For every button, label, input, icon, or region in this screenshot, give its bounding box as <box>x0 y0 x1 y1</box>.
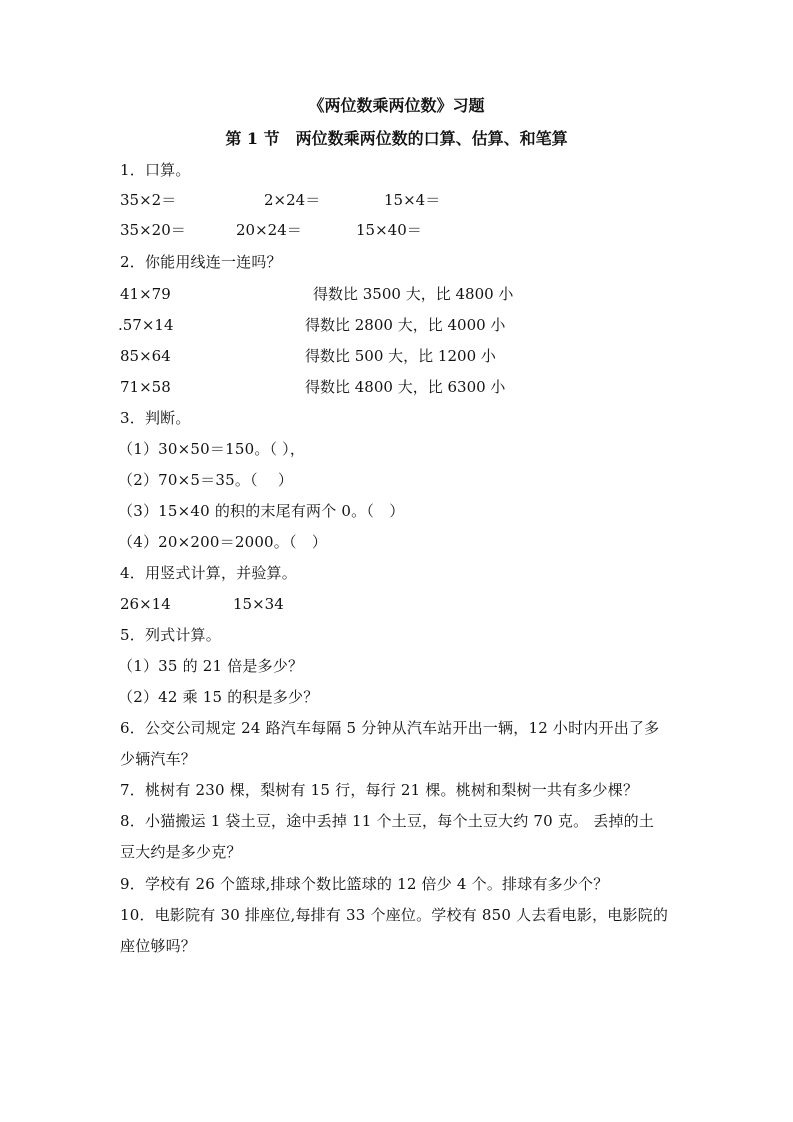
q3-item: （4）20×200＝2000。（ ） <box>118 532 327 552</box>
q2-left-item: 85×64 <box>120 346 171 366</box>
q5-item: （1）35 的 21 倍是多少？ <box>118 656 303 676</box>
question-7: 7．桃树有 230 棵，梨树有 15 行，每行 21 棵。桃树和梨树一共有多少棵… <box>120 780 638 800</box>
question-2-heading: 2．你能用线连一连吗？ <box>120 252 282 272</box>
q3-item: （3）15×40 的积的末尾有两个 0。（ ） <box>118 501 404 521</box>
q2-right-item: 得数比 500 大，比 1200 小 <box>305 346 496 366</box>
question-8-line2: 豆大约是多少克？ <box>120 842 242 862</box>
q2-right-item: 得数比 2800 大，比 4000 小 <box>305 315 505 335</box>
q2-left-item: .57×14 <box>118 315 174 335</box>
q1-expr: 15×40＝ <box>356 220 422 240</box>
q2-right-item: 得数比 3500 大，比 4800 小 <box>313 284 513 304</box>
q2-right-item: 得数比 4800 大，比 6300 小 <box>305 377 505 397</box>
q2-left-item: 71×58 <box>120 377 171 397</box>
section-title: 第 1 节 两位数乘两位数的口算、估算、和笔算 <box>0 129 793 149</box>
q1-expr: 35×20＝ <box>120 220 186 240</box>
question-1-heading: 1．口算。 <box>120 160 191 180</box>
question-8-line1: 8．小猫搬运 1 袋土豆，途中丢掉 11 个土豆，每个土豆大约 70 克。 丢掉… <box>120 811 654 831</box>
question-6-line1: 6．公交公司规定 24 路汽车每隔 5 分钟从汽车站开出一辆，12 小时内开出了… <box>120 718 659 738</box>
q1-expr: 35×2＝ <box>120 190 176 210</box>
question-3-heading: 3．判断。 <box>120 408 191 428</box>
q1-expr: 2×24＝ <box>264 190 320 210</box>
q2-left-item: 41×79 <box>120 284 171 304</box>
document-page: 《两位数乘两位数》习题 第 1 节 两位数乘两位数的口算、估算、和笔算 1．口算… <box>0 0 793 1122</box>
q5-item: （2）42 乘 15 的积是多少？ <box>118 687 318 707</box>
q4-item: 15×34 <box>233 594 284 614</box>
q3-item: （1）30×50＝150。（ ）， <box>118 439 305 459</box>
q1-expr: 20×24＝ <box>236 220 302 240</box>
question-10-line2: 座位够吗？ <box>120 936 196 956</box>
question-9: 9．学校有 26 个篮球,排球个数比篮球的 12 倍少 4 个。排球有多少个？ <box>120 874 608 894</box>
question-10-line1: 10．电影院有 30 排座位,每排有 33 个座位。学校有 850 人去看电影，… <box>120 905 668 925</box>
question-6-line2: 少辆汽车？ <box>120 749 196 769</box>
q1-expr: 15×4＝ <box>384 190 440 210</box>
question-5-heading: 5．列式计算。 <box>120 625 221 645</box>
document-title: 《两位数乘两位数》习题 <box>0 96 793 116</box>
q3-item: （2）70×5＝35。（ ） <box>118 470 293 490</box>
question-4-heading: 4．用竖式计算，并验算。 <box>120 563 297 583</box>
q4-item: 26×14 <box>120 594 171 614</box>
